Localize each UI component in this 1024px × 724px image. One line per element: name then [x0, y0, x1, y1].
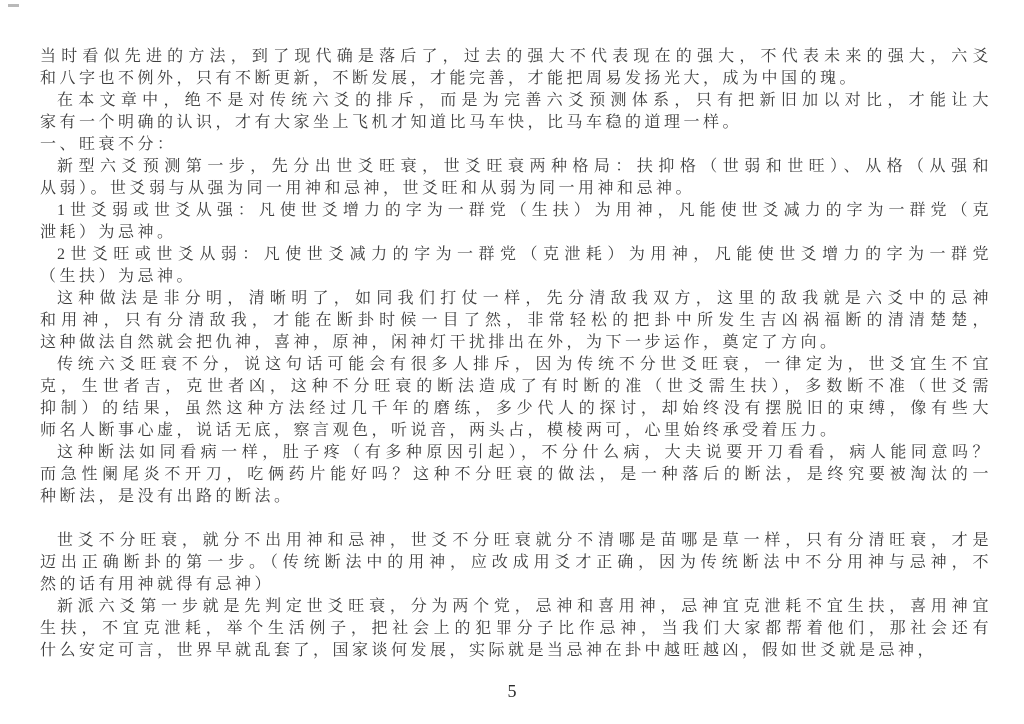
text-line: 2世爻旺或世爻从弱：凡使世爻减力的字为一群党（克泄耗）为用神，凡能使世爻增力的字…	[40, 244, 992, 266]
text-line: 一、旺衰不分：	[40, 134, 992, 156]
text-line: 世爻不分旺衰，就分不出用神和忌神，世爻不分旺衰就分不清哪是苗哪是草一样，只有分清…	[40, 530, 992, 552]
blank-line	[40, 508, 992, 530]
text-line: 种断法，是没有出路的断法。	[40, 486, 992, 508]
document-page: 当时看似先进的方法，到了现代确是落后了，过去的强大不代表现在的强大，不代表未来的…	[0, 0, 1024, 724]
text-line: 新型六爻预测第一步，先分出世爻旺衰，世爻旺衰两种格局：扶抑格（世弱和世旺）、从格…	[40, 156, 992, 178]
text-line: 然的话有用神就得有忌神）	[40, 574, 992, 596]
text-line: 从弱）。世爻弱与从强为同一用神和忌神，世爻旺和从弱为同一用神和忌神。	[40, 178, 992, 200]
text-line: 家有一个明确的认识，才有大家坐上飞机才知道比马车快，比马车稳的道理一样。	[40, 112, 992, 134]
text-line: 而急性阑尾炎不开刀，吃俩药片能好吗？这种不分旺衰的做法，是一种落后的断法，是终究…	[40, 464, 992, 486]
text-line: 克，生世者吉，克世者凶，这种不分旺衰的断法造成了有时断的准（世爻需生扶），多数断…	[40, 376, 992, 398]
text-line: 师名人断事心虚，说话无底，察言观色，听说音，两头占，模棱两可，心里始终承受着压力…	[40, 420, 992, 442]
text-line: 生扶，不宜克泄耗，举个生活例子，把社会上的犯罪分子比作忌神，当我们大家都帮着他们…	[40, 618, 992, 640]
text-line: 这种做法是非分明，清晰明了，如同我们打仗一样，先分清敌我双方，这里的敌我就是六爻…	[40, 288, 992, 310]
text-line: （生扶）为忌神。	[40, 266, 992, 288]
page-number: 5	[0, 681, 1024, 702]
text-line: 和用神，只有分清敌我，才能在断卦时候一目了然，非常轻松的把卦中所发生吉凶祸福断的…	[40, 310, 992, 332]
text-line: 这种做法自然就会把仇神，喜神，原神，闲神灯干扰排出在外，为下一步运作，奠定了方向…	[40, 332, 992, 354]
text-line: 什么安定可言，世界早就乱套了，国家谈何发展，实际就是当忌神在卦中越旺越凶，假如世…	[40, 640, 992, 662]
text-line: 抑制）的结果，虽然这种方法经过几千年的磨练，多少代人的探讨，却始终没有摆脱旧的束…	[40, 398, 992, 420]
text-line: 当时看似先进的方法，到了现代确是落后了，过去的强大不代表现在的强大，不代表未来的…	[40, 46, 992, 68]
text-line: 迈出正确断卦的第一步。（传统断法中的用神，应改成用爻才正确，因为传统断法中不分用…	[40, 552, 992, 574]
document-text-block: 当时看似先进的方法，到了现代确是落后了，过去的强大不代表现在的强大，不代表未来的…	[40, 46, 992, 662]
text-line: 传统六爻旺衰不分，说这句话可能会有很多人排斥，因为传统不分世爻旺衰，一律定为，世…	[40, 354, 992, 376]
scan-artifact-mark	[8, 4, 19, 7]
text-line: 新派六爻第一步就是先判定世爻旺衰，分为两个党，忌神和喜用神，忌神宜克泄耗不宜生扶…	[40, 596, 992, 618]
text-line: 和八字也不例外，只有不断更新，不断发展，才能完善，才能把周易发扬光大，成为中国的…	[40, 68, 992, 90]
text-line: 这种断法如同看病一样，肚子疼（有多种原因引起），不分什么病，大夫说要开刀看看，病…	[40, 442, 992, 464]
text-line: 泄耗）为忌神。	[40, 222, 992, 244]
text-line: 1世爻弱或世爻从强：凡使世爻增力的字为一群党（生扶）为用神，凡能使世爻减力的字为…	[40, 200, 992, 222]
text-line: 在本文章中，绝不是对传统六爻的排斥，而是为完善六爻预测体系，只有把新旧加以对比，…	[40, 90, 992, 112]
